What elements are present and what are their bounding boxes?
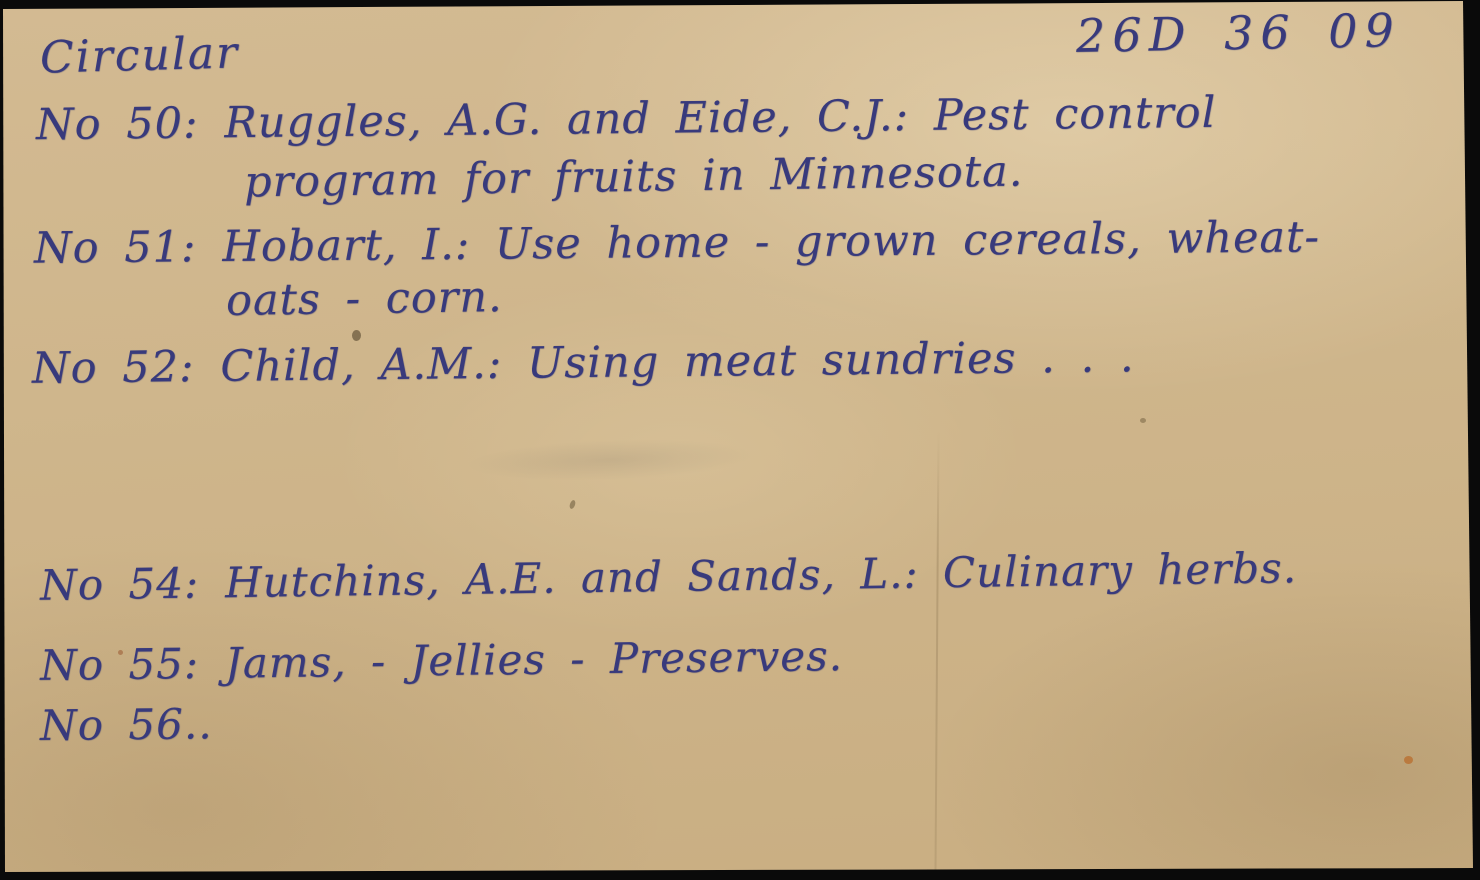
entry-number: No 55:: [40, 639, 200, 690]
entry-number: No 50:: [36, 98, 199, 150]
entry-no-51-continuation: oats - corn.: [226, 272, 503, 326]
entry-no-50: No 50: Ruggles, A.G. and Eide, C.J.: Pes…: [36, 88, 1217, 150]
entry-no-51: No 51: Hobart, I.: Use home - grown cere…: [34, 212, 1320, 273]
entry-text: Ruggles, A.G. and Eide, C.J.: Pest contr…: [224, 88, 1216, 148]
paper-speck: [1140, 418, 1146, 423]
call-number: 26D 36 09: [1076, 3, 1402, 63]
index-card: 26D 36 09 Circular No 50: Ruggles, A.G. …: [0, 0, 1480, 880]
entry-number: No 56..: [40, 699, 213, 750]
entry-number: No 51:: [34, 222, 197, 273]
entry-text: Hobart, I.: Use home - grown cereals, wh…: [222, 212, 1320, 272]
entry-text: Jams, - Jellies - Preserves.: [225, 631, 844, 688]
entry-no-52: No 52: Child, A.M.: Using meat sundries …: [32, 332, 1135, 394]
entry-no-50-continuation: program for fruits in Minnesota.: [244, 147, 1024, 208]
paper-speck: [569, 499, 577, 509]
paper-speck: [1404, 756, 1413, 764]
paper-crease: [934, 430, 939, 880]
entry-number: No 54:: [40, 559, 200, 610]
paper-smudge: [429, 429, 791, 492]
entry-no-55: No 55: Jams, - Jellies - Preserves.: [40, 631, 843, 690]
entry-text: [238, 699, 239, 748]
series-heading: Circular: [39, 27, 239, 83]
entry-no-54: No 54: Hutchins, A.E. and Sands, L.: Cul…: [40, 543, 1298, 610]
entry-text: Child, A.M.: Using meat sundries . . .: [220, 332, 1135, 392]
entry-number: No 52:: [32, 342, 195, 394]
scan-background: 26D 36 09 Circular No 50: Ruggles, A.G. …: [0, 0, 1480, 880]
entry-no-56: No 56..: [40, 699, 239, 750]
entry-text: Hutchins, A.E. and Sands, L.: Culinary h…: [225, 543, 1298, 607]
